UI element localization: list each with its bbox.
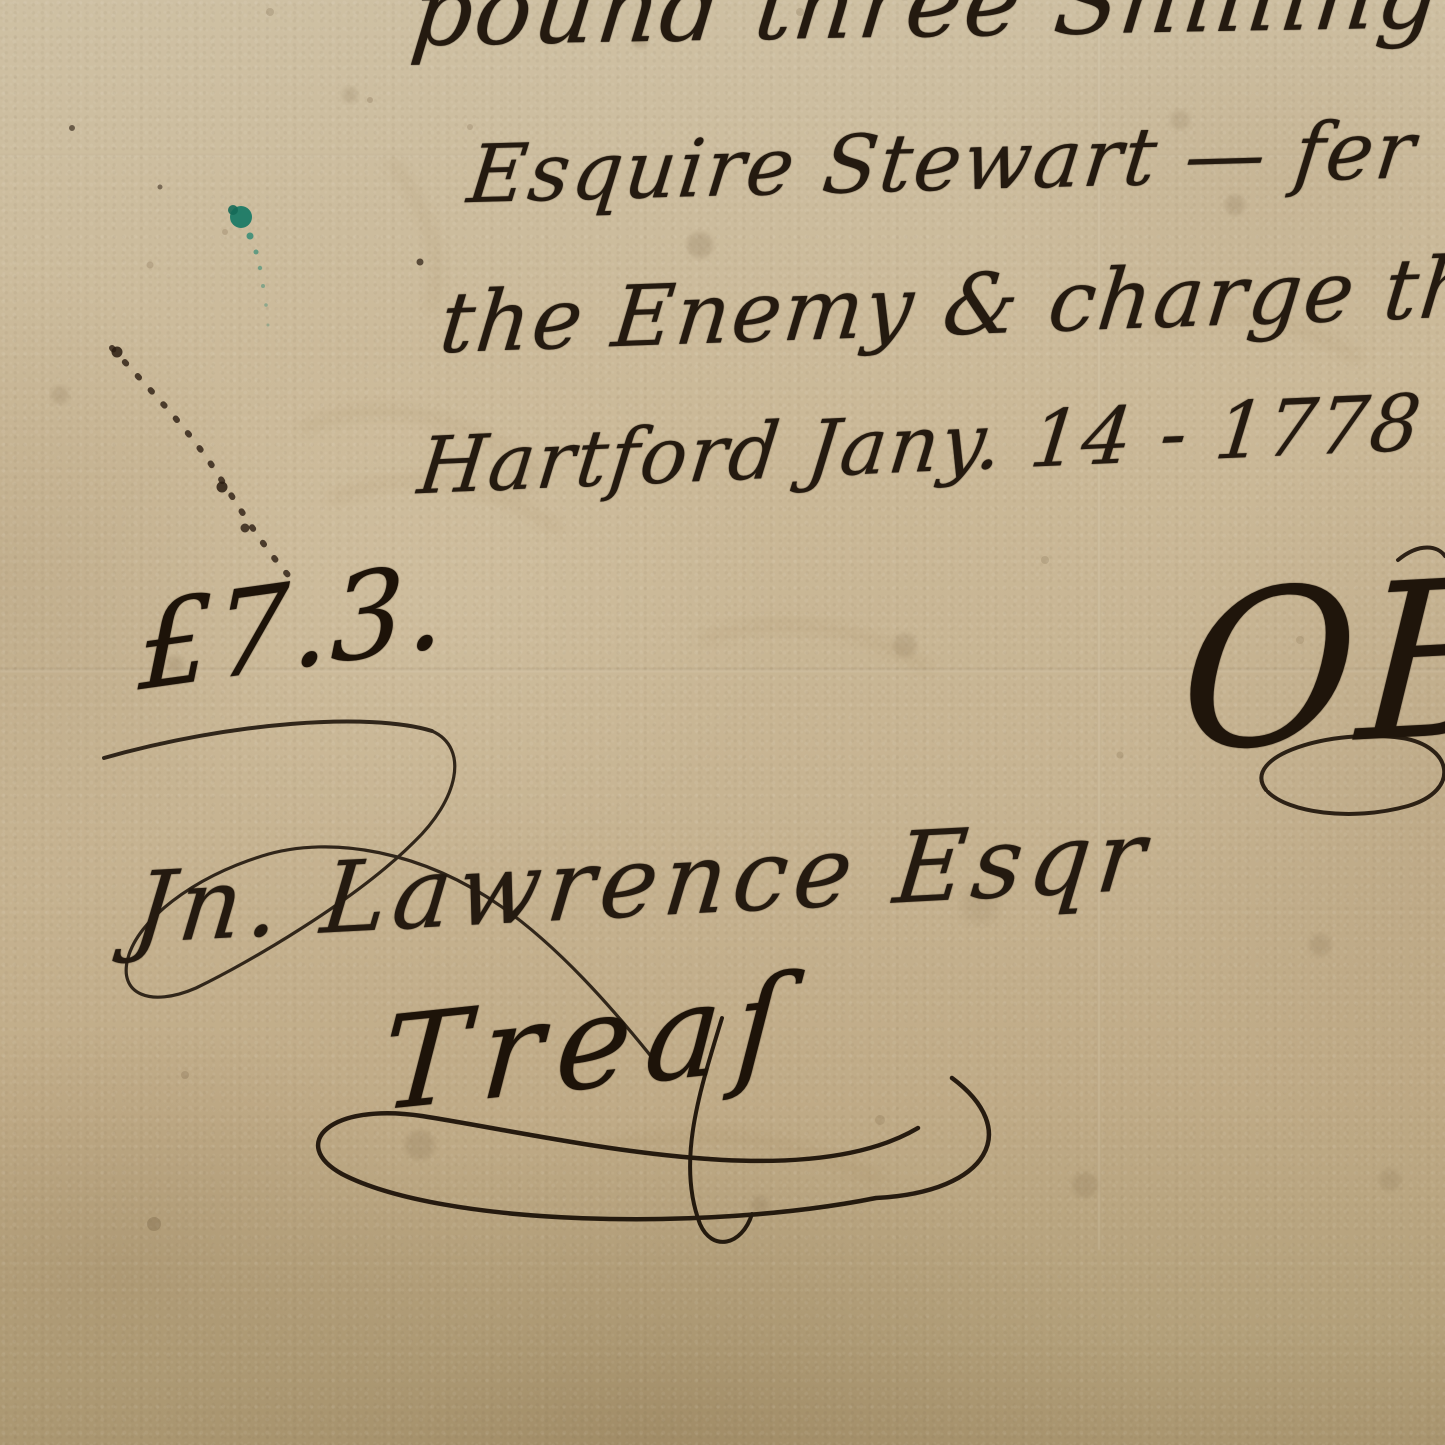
handwritten-payee-lawrence: Jn. Lawrence Esqr: [128, 799, 1156, 967]
green-ink-dot: [228, 205, 270, 327]
manuscript-paper: pound three Shilling Esquire Stewart — f…: [0, 0, 1445, 1445]
handwritten-signature-initials: OB: [1175, 530, 1445, 800]
handwritten-line-pound-shillings: pound three Shilling: [406, 0, 1445, 68]
handwritten-line-the-enemy-charge: the Enemy & charge th: [436, 238, 1445, 373]
framed-manuscript-photo: pound three Shilling Esquire Stewart — f…: [0, 0, 1445, 1445]
handwritten-line-hartford-date: Hartford Jany. 14 - 1778: [414, 378, 1427, 512]
handwritten-treasurer-abbreviation: Treaſ: [377, 947, 801, 1141]
ink-speckle-trail: [70, 126, 424, 576]
handwritten-line-esquire-stewart: Esquire Stewart — fer: [463, 103, 1421, 221]
handwritten-amount-pounds: £7.3.: [138, 535, 448, 718]
